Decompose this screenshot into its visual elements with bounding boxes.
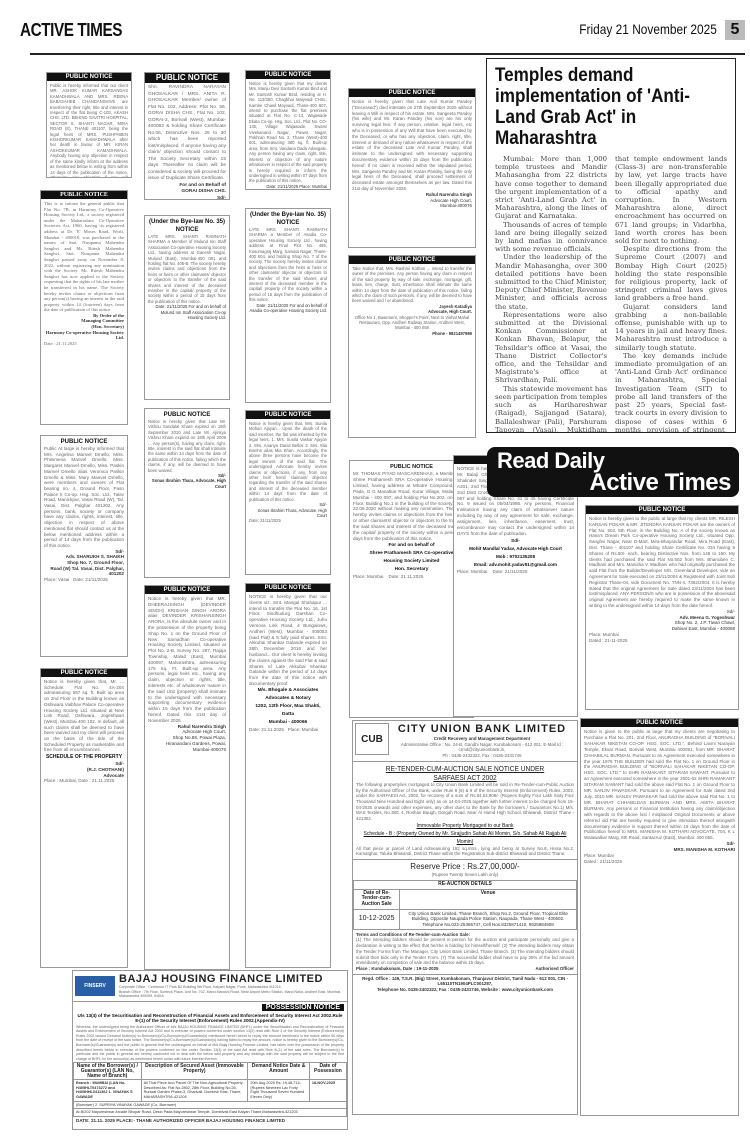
notice-n5: PUBLIC NOTICE This is to inform the gene… <box>40 190 128 425</box>
notice-title: PUBLIC NOTICE <box>586 506 738 514</box>
notice-n10: PUBLIC NOTICE Notice is hereby given tha… <box>245 410 331 575</box>
bajaj-footer: DATE: 21.11. 2025 PLACE:- THANE AUTHORIZ… <box>73 1117 347 1126</box>
notice-n9: PUBLIC NOTICE Public At large is hereby … <box>40 435 128 657</box>
article-column-2: that temple endowment lands (Class-3) ar… <box>615 155 727 433</box>
notice-signature: Jayesh KatadiyaAdvocate, High Court. <box>352 304 472 315</box>
auction-title: RE-TENDER-CUM-AUCTION SALE NOTICE UNDER … <box>369 764 561 782</box>
notice-body: Public is hereby informed that our clien… <box>50 83 128 178</box>
auction-venue: City Union Bank Limited, Thane Branch, S… <box>400 909 577 929</box>
notice-title: PUBLIC NOTICE <box>41 191 127 199</box>
possession-notice-label: POSSESSION NOTICE <box>262 1004 344 1011</box>
bajaj-housing-finance-ad: FINSERV BAJAJ HOUSING FINANCE LIMITED Co… <box>72 970 348 1130</box>
notice-body: Notice is hereby given that, Mr. ... Sch… <box>44 679 124 753</box>
notice-title: (Under the Bye-law No. 35) NOTICE <box>148 218 226 234</box>
act-title: U/s 13(4) of the Securitisation and Reco… <box>73 1013 347 1024</box>
notice-body: Take Notice that, Mrs. Rashmi Kothari ..… <box>352 266 472 304</box>
notice-title: PUBLIC NOTICE <box>44 438 124 446</box>
notice-body: Notice is hereby given that Late Anil Ku… <box>352 99 472 192</box>
notice-body: Notice is hereby given that my clients M… <box>249 81 327 184</box>
news-article: Temples demand implementation of 'Anti-L… <box>486 58 736 433</box>
notice-title: PUBLIC NOTICE <box>246 71 330 79</box>
notice-title: PUBLIC NOTICE <box>581 719 738 727</box>
notice-place-date: Place : Mumbai, Date : 21.11.2025 <box>44 778 124 784</box>
notice-body: Notice is given to the public at large t… <box>584 729 735 841</box>
notice-signature: By Order of theManaging Committee(Hon. S… <box>44 313 124 341</box>
header-rule <box>30 53 745 55</box>
issue-date: Friday 21 November 2025 <box>579 21 717 37</box>
possession-table: Name of the Borrower(s) / Guarantor(s) (… <box>73 1062 347 1116</box>
notice-n17: PUBLIC NOTICE Notice is hereby given to … <box>585 505 739 710</box>
notice-place-date: Place: MumbaiDated : 21/11/2025 <box>584 853 735 865</box>
notice-signature: For and on Behalf ofGORAI DISHA CHS.Sd/-… <box>148 183 226 201</box>
article-headline: Temples demand implementation of 'Anti-L… <box>495 65 727 149</box>
notice-title: PUBLIC NOTICE <box>47 73 131 81</box>
notice-signature: Rahul Narendra SinghAdvocate High Court,… <box>352 192 472 209</box>
notice-signature: Date: 21/11/2025 For and on behalf ofAsa… <box>249 303 327 314</box>
reserve-price-block: Reserve Price : Rs.27,00,000/- (Rupees T… <box>353 859 577 880</box>
notice-signature: Sd/-Sonas Ibrahim Thara, Advocate, High … <box>249 502 327 518</box>
auction-date: 10-12-2025 <box>354 909 400 929</box>
auction-body: The following property/ies mortgaged to … <box>356 782 574 822</box>
notice-body: Notice is hereby given that, Mrs. Sunila… <box>249 421 327 502</box>
notice-title: PUBLIC NOTICE <box>148 411 226 419</box>
notice-n7: (Under the Bye-law No. 35) NOTICE LATE M… <box>245 208 331 403</box>
reserve-price: Reserve Price : Rs.27,00,000/- <box>355 862 575 872</box>
page-header: ACTIVE TIMES Friday 21 November 2025 5 <box>20 20 745 40</box>
notice-title: PUBLIC NOTICE <box>349 256 475 264</box>
notice-title: (Under the Bye-law No. 35) NOTICE <box>249 211 327 227</box>
notice-title: PUBLIC NOTICE <box>246 411 330 419</box>
notice-body: Notice is hereby given that Late Mr. Vis… <box>148 419 226 473</box>
auction-terms: (1) The intending bidders should be pres… <box>356 937 574 966</box>
notice-n14: PUBLIC NOTICE NOTICE is hereby given tha… <box>245 583 331 968</box>
notice-n1: PUBLIC NOTICE Public is hereby informed … <box>46 72 132 178</box>
notice-n8: PUBLIC NOTICE Take Notice that, Mrs. Ras… <box>348 255 476 438</box>
city-union-bank-ad: CUB CITY UNION BANK LIMITED Credit Recov… <box>352 720 578 1115</box>
notice-signature: M/s. Bhogale & AssociatesAdvocates & Not… <box>249 687 327 727</box>
notice-body: Shri. RAVINDRA NARAYAN GHOSALKAR / MRS. … <box>148 85 226 183</box>
notice-signature: Rahul Narendra SinghAdvocate High Court,… <box>148 724 226 753</box>
masthead: ACTIVE TIMES <box>20 20 122 41</box>
notice-n3: PUBLIC NOTICE Notice is hereby given tha… <box>245 70 331 190</box>
notice-signature: Sd/-Mohit Mandlal Yadav, Advocate High C… <box>457 537 574 569</box>
notice-title: PUBLIC NOTICE <box>349 89 475 97</box>
notice-n2: PUBLIC NOTICE Shri. RAVINDRA NARAYAN GHO… <box>144 72 230 200</box>
notice-n18: PUBLIC NOTICE Notice is given to the pub… <box>580 718 739 1116</box>
notice-place-date: Date: 21.11.2025 Place: Mumbai <box>249 727 327 733</box>
notice-signature: Sd/-(R.J. CHOTHANI)Advocate <box>44 761 124 778</box>
notice-title: PUBLIC NOTICE <box>246 584 330 592</box>
notice-n13: PUBLIC NOTICE Notice is hereby given tha… <box>144 408 230 578</box>
notice-body: Public At large is hereby informed that … <box>44 446 124 549</box>
notice-n6: (Under the Bye-law No. 35) NOTICE LATE M… <box>144 215 230 400</box>
notice-signature: Sd/-MRS. MANISHA M. KOTHARI <box>584 841 735 853</box>
notice-place-date: Place: MumbaiDated : 21-11-2025 <box>589 632 735 644</box>
notice-place-date: Place: Vasai Date: 21/11/2025 <box>44 577 124 583</box>
notice-title: PUBLIC NOTICE <box>145 586 229 594</box>
bank-name: CITY UNION BANK LIMITED <box>389 723 575 736</box>
notice-title: PUBLIC NOTICE <box>145 73 229 83</box>
notice-date: Date: 21/11/2025 <box>249 518 327 523</box>
notice-place-date: Place: Mumbai Date: 21/11/2025 <box>457 569 574 575</box>
bank-logo: CUB <box>355 723 389 755</box>
notice-n4: PUBLIC NOTICE Notice is hereby given tha… <box>348 88 476 248</box>
notice-body: Notice is hereby given that MR. DHEERAJS… <box>148 596 226 724</box>
reauction-table: RE-AUCTION DETAILS Date of Re-Tender-cum… <box>353 880 577 930</box>
bajaj-name: BAJAJ HOUSING FINANCE LIMITED <box>119 973 345 985</box>
bajaj-logo: FINSERV <box>75 976 115 996</box>
notice-body: NOTICE is hereby given that our clients … <box>249 594 327 687</box>
notice-n11: PUBLIC NOTICE Notice is hereby given tha… <box>144 585 230 970</box>
read-daily-banner: Read Daily Active Times <box>487 447 739 497</box>
notice-date: Date : 21.11.2025 <box>44 341 124 347</box>
notice-body: LATE MRS. SHANTI RAMNATH SHARMA a Member… <box>148 234 226 304</box>
bajaj-body: Whereas, the undersigned being the Autho… <box>73 1024 347 1063</box>
notice-body: Notice is hereby given to the public at … <box>589 516 735 609</box>
notice-signature: Sd/-Adv. SHARUKH S. SHAIKHShop No. 7, Gr… <box>44 549 124 578</box>
notice-signature: Sd/-Sonas Ibrahim Thara, Advocate, High … <box>148 473 226 489</box>
bank-header: CUB CITY UNION BANK LIMITED Credit Recov… <box>353 721 577 762</box>
article-column-1: Mumbai: More than 1,000 temple trustees … <box>495 155 607 433</box>
page-number: 5 <box>725 20 745 40</box>
notice-n12: PUBLIC NOTICE Notice is hereby given tha… <box>40 668 128 968</box>
notice-body: This is to inform the general public tha… <box>44 201 124 313</box>
schedule-title: SCHEDULE OF THE PROPERTY <box>44 753 124 761</box>
notice-title: PUBLIC NOTICE <box>41 669 127 677</box>
notice-signature: Date: 21/11/2025 For and on behalf ofMul… <box>148 304 226 320</box>
notice-body: LATE MRS. SHANTI RAMNATH SHARMA a Member… <box>249 227 327 303</box>
notice-signature: Sd/-Adv. Meena G. YogeshwarShop No. 2, J… <box>589 609 735 632</box>
notice-signature: Date: 21/11/2025 Place: MumbaiSURENDRA K… <box>249 184 327 190</box>
